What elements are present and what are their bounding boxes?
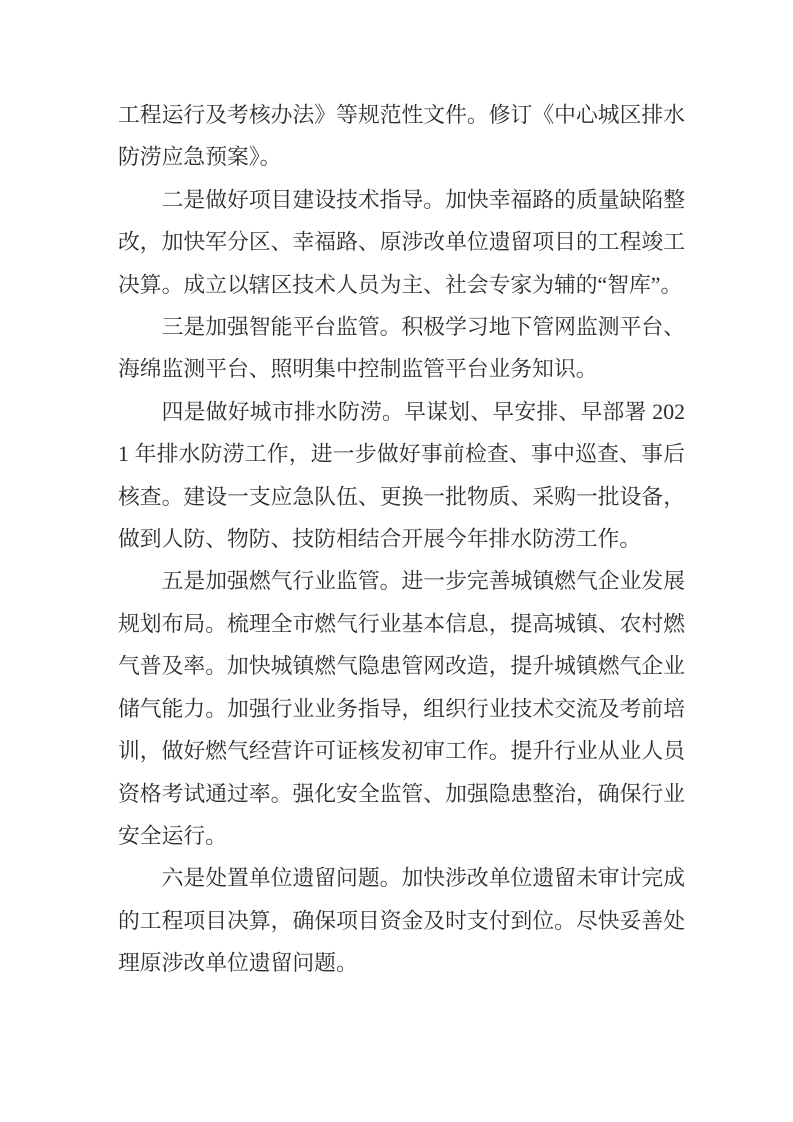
paragraph: 六是处置单位遗留问题。加快涉改单位遗留未审计完成的工程项目决算，确保项目资金及时…: [118, 857, 685, 984]
paragraph: 三是加强智能平台监管。积极学习地下管网监测平台、海绵监测平台、照明集中控制监管平…: [118, 306, 685, 391]
paragraph: 工程运行及考核办法》等规范性文件。修订《中心城区排水防涝应急预案》。: [118, 94, 685, 179]
paragraph: 五是加强燃气行业监管。进一步完善城镇燃气企业发展规划布局。梳理全市燃气行业基本信…: [118, 560, 685, 857]
document-body: 工程运行及考核办法》等规范性文件。修订《中心城区排水防涝应急预案》。二是做好项目…: [118, 94, 685, 985]
paragraph: 二是做好项目建设技术指导。加快幸福路的质量缺陷整改，加快军分区、幸福路、原涉改单…: [118, 179, 685, 306]
document-page: 工程运行及考核办法》等规范性文件。修订《中心城区排水防涝应急预案》。二是做好项目…: [0, 0, 793, 1122]
paragraph: 四是做好城市排水防涝。早谋划、早安排、早部署 2021 年排水防涝工作，进一步做…: [118, 391, 685, 561]
